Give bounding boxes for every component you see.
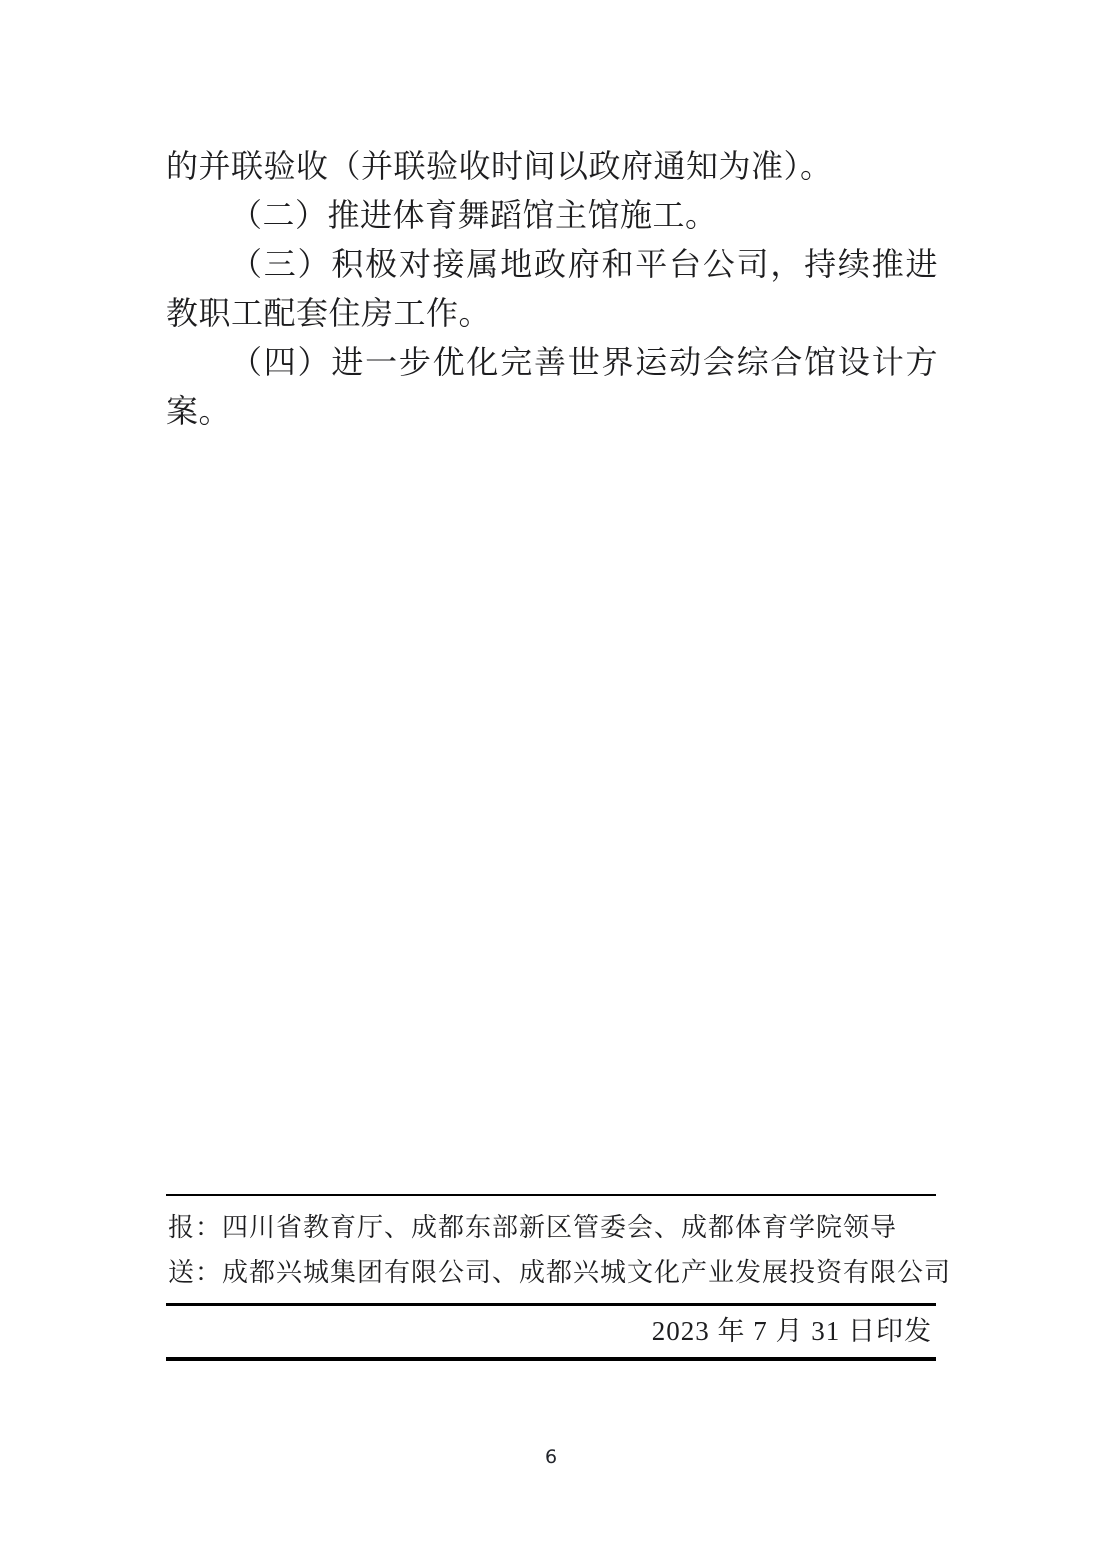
paragraph-item-four: （四）进一步优化完善世界运动会综合馆设计方案。	[166, 338, 938, 436]
print-date-line: 2023 年 7 月 31 日印发	[166, 1306, 936, 1361]
document-footer: 报：四川省教育厅、成都东部新区管委会、成都体育学院领导 送：成都兴城集团有限公司…	[166, 1194, 936, 1361]
document-body: 的并联验收（并联验收时间以政府通知为准）。 （二）推进体育舞蹈馆主馆施工。 （三…	[166, 142, 938, 436]
page-number: 6	[0, 1446, 1102, 1468]
report-to-line: 报：四川省教育厅、成都东部新区管委会、成都体育学院领导	[168, 1205, 934, 1250]
document-page: 的并联验收（并联验收时间以政府通知为准）。 （二）推进体育舞蹈馆主馆施工。 （三…	[0, 0, 1102, 1559]
paragraph-item-three: （三）积极对接属地政府和平台公司，持续推进教职工配套住房工作。	[166, 240, 938, 338]
paragraph-item-two: （二）推进体育舞蹈馆主馆施工。	[166, 191, 938, 240]
distribution-block: 报：四川省教育厅、成都东部新区管委会、成都体育学院领导 送：成都兴城集团有限公司…	[166, 1194, 936, 1306]
paragraph-continuation: 的并联验收（并联验收时间以政府通知为准）。	[166, 142, 938, 191]
send-to-line: 送：成都兴城集团有限公司、成都兴城文化产业发展投资有限公司	[168, 1250, 934, 1295]
print-date-text: 2023 年 7 月 31 日印发	[652, 1316, 932, 1346]
